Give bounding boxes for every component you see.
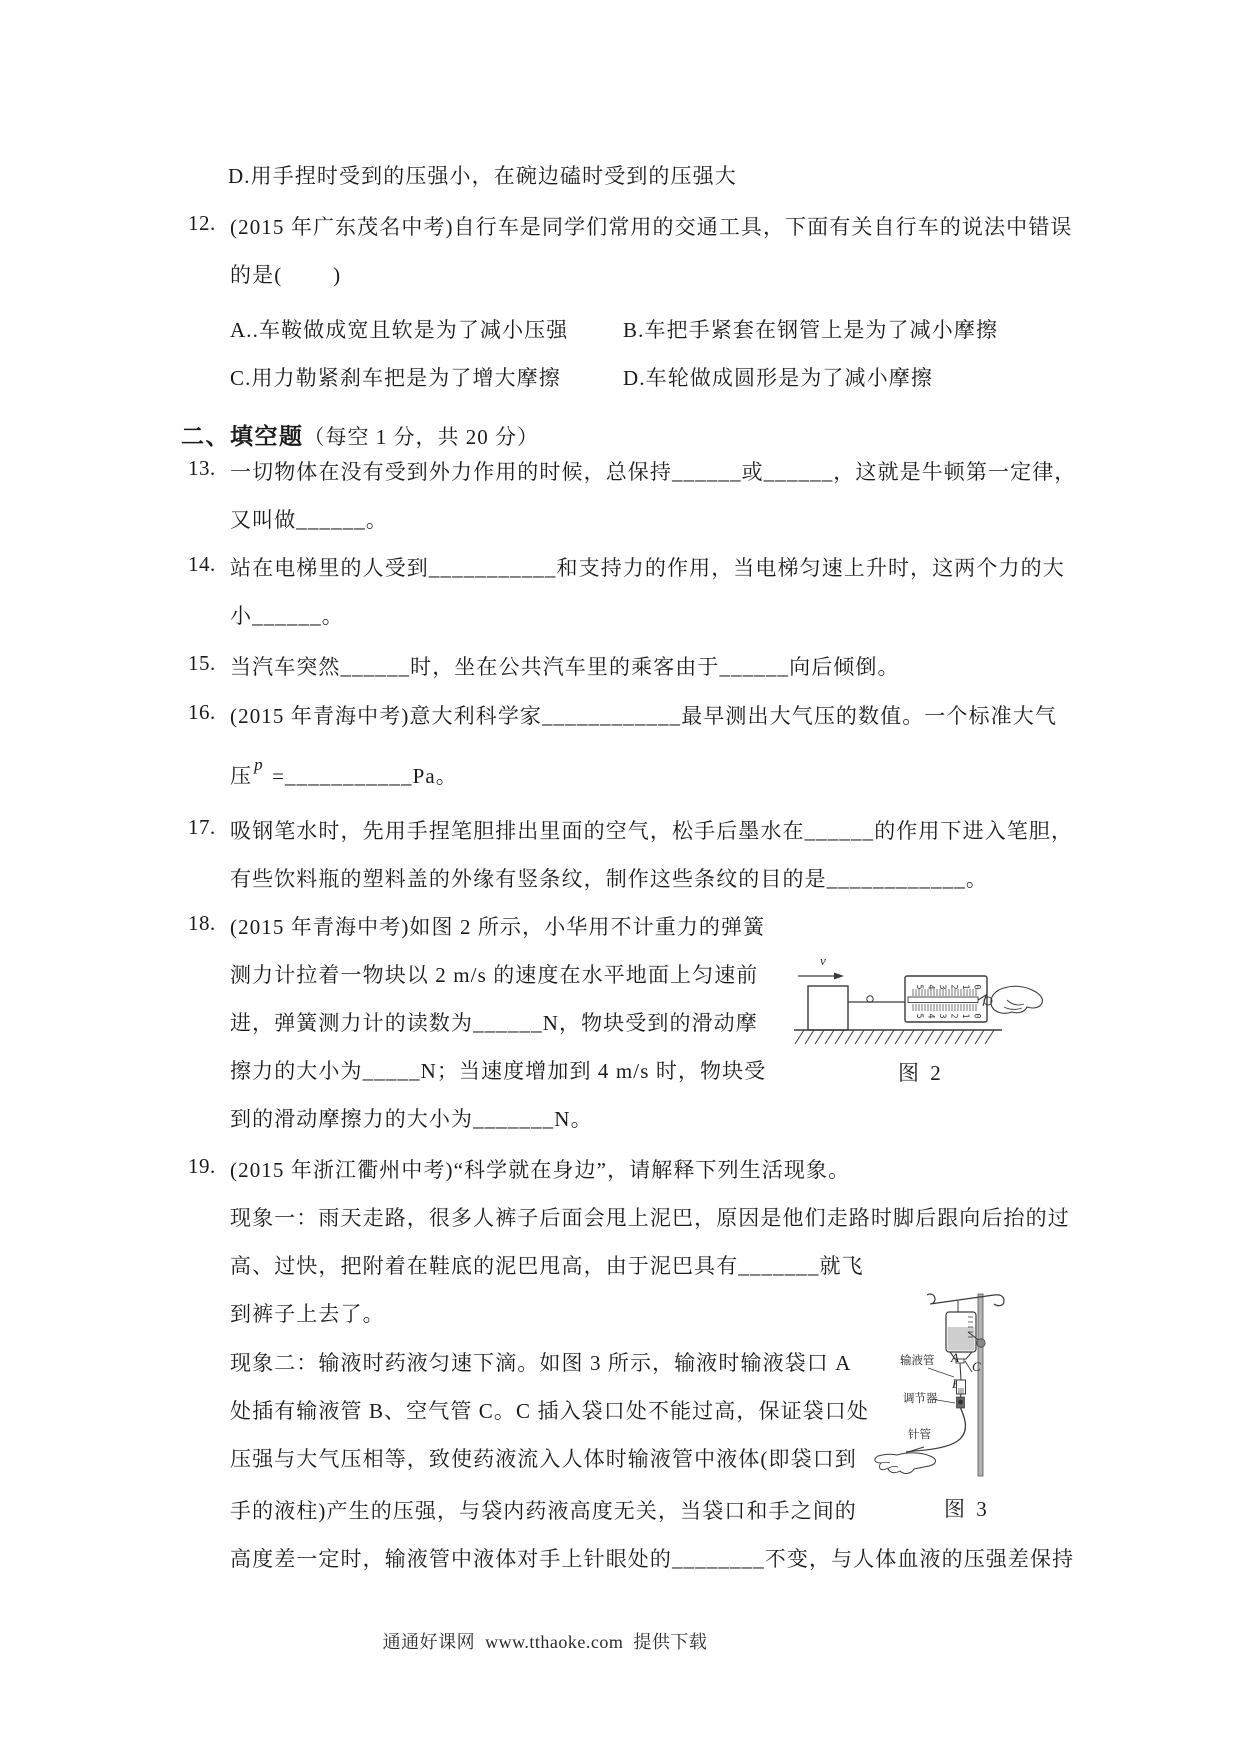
q14-number: 14. [188, 552, 216, 577]
svg-text:5: 5 [914, 1013, 924, 1018]
q16-line1: (2015 年青海中考)意大利科学家____________最早测出大气压的数值… [230, 700, 1057, 730]
svg-text:2: 2 [949, 984, 959, 989]
leader-line-tube [928, 1368, 954, 1377]
q18-line3: 进，弹簧测力计的读数为______N，物块受到的滑动摩 [230, 1007, 758, 1037]
q18-number: 18. [188, 911, 216, 936]
q18-line1: (2015 年青海中考)如图 2 所示，小华用不计重力的弹簧 [230, 911, 765, 941]
figure-3-iv-drip: A C B 输液管 调节器 针管 [868, 1280, 1028, 1490]
q16-line2: 压p =___________Pa。 [230, 760, 458, 790]
iv-hanger-icon [927, 1294, 1004, 1312]
svg-text:5: 5 [914, 984, 924, 989]
q19-phen2-line5: 高度差一定时，输液管中液体对手上针眼处的________不变，与人体血液的压强差… [230, 1543, 1074, 1573]
section-2-title: 二、填空题 [181, 423, 304, 449]
q16-number: 16. [188, 700, 216, 725]
q12-number: 12. [188, 211, 216, 236]
q16-line2-rest: =___________Pa。 [266, 764, 458, 788]
q17-number: 17. [188, 815, 216, 840]
iv-pole-icon [978, 1294, 983, 1476]
label-a: A [950, 1350, 959, 1365]
label-infusion-tube: 输液管 [900, 1353, 935, 1367]
exam-page: D.用手捏时受到的压强小，在碗边磕时受到的压强大 12. (2015 年广东茂名… [0, 0, 1240, 1754]
q19-phen2-line4: 手的液柱)产生的压强，与袋内药液高度无关，当袋口和手之间的 [230, 1495, 857, 1525]
q13-line2: 又叫做______。 [230, 504, 388, 534]
air-tube-icon [965, 1361, 972, 1372]
svg-text:0: 0 [972, 984, 982, 989]
q12-option-c: C.用力勒紧刹车把是为了增大摩擦 [230, 362, 561, 392]
q13-number: 13. [188, 456, 216, 481]
q12-option-b: B.车把手紧套在钢管上是为了减小摩擦 [623, 314, 998, 344]
q16-pressure-symbol: 压 [230, 764, 252, 788]
q18-line2: 测力计拉着一物块以 2 m/s 的速度在水平地面上匀速前 [230, 959, 758, 989]
section-2-subtitle: （每空 1 分，共 20 分） [304, 425, 540, 449]
label-c: C [972, 1359, 981, 1374]
q18-line4: 擦力的大小为_____N；当速度增加到 4 m/s 时，物块受 [230, 1055, 766, 1085]
ground-icon [794, 1030, 1002, 1044]
q17-line2: 有些饮料瓶的塑料盖的外缘有竖条纹，制作这些条纹的目的是____________。 [230, 863, 988, 893]
q19-phen1-line2: 高、过快，把附着在鞋底的泥巴甩高，由于泥巴具有_______就飞 [230, 1250, 864, 1280]
q19-phen2-line2: 处插有输液管 B、空气管 C。C 插入袋口处不能过高，保证袋口处 [230, 1395, 869, 1425]
ground-hatch [795, 1030, 994, 1044]
q15-number: 15. [188, 651, 216, 676]
svg-text:3: 3 [937, 984, 947, 989]
q19-phen1-line1: 现象一：雨天走路，很多人裤子后面会甩上泥巴，原因是他们走路时脚后跟向后抬的过 [230, 1202, 1070, 1232]
drip-liquid [958, 1388, 964, 1394]
q17-line1: 吸钢笔水时，先用手捏笔胆排出里面的空气，松手后墨水在______的作用下进入笔胆… [230, 815, 1073, 845]
q11-option-d: D.用手捏时受到的压强小，在碗边磕时受到的压强大 [228, 160, 737, 190]
figure-2-spring-scale: v 543210 543210 [790, 950, 1050, 1052]
q12-line2: 的是( ) [230, 259, 341, 289]
svg-text:2: 2 [949, 1013, 959, 1018]
velocity-label: v [820, 953, 826, 968]
svg-text:4: 4 [926, 984, 936, 989]
q19-line1: (2015 年浙江衢州中考)“科学就在身边”，请解释下列生活现象。 [230, 1154, 850, 1184]
velocity-arrow-icon [798, 973, 844, 980]
figure-2-caption: 图 2 [898, 1057, 944, 1087]
figure-3-caption: 图 3 [944, 1493, 990, 1523]
footer-watermark: 通通好课网 www.tthaoke.com 提供下载 [0, 1628, 1090, 1654]
q12-option-a: A..车鞍做成宽且软是为了减小压强 [230, 314, 568, 344]
q14-line2: 小______。 [230, 600, 344, 630]
svg-text:0: 0 [972, 1013, 982, 1018]
block-icon [808, 986, 848, 1030]
q13-line1: 一切物体在没有受到外力作用的时候，总保持______或______，这就是牛顿第… [230, 456, 1076, 486]
svg-text:1: 1 [960, 1013, 970, 1018]
svg-text:3: 3 [937, 1013, 947, 1018]
q19-phen1-line3: 到裤子上去了。 [230, 1298, 385, 1328]
label-regulator: 调节器 [903, 1391, 938, 1405]
rod-icon [848, 996, 910, 1002]
label-needle-tube: 针管 [908, 1427, 931, 1441]
svg-text:1: 1 [960, 984, 970, 989]
q15-line1: 当汽车突然______时，坐在公共汽车里的乘客由于______向后倾倒。 [230, 651, 900, 681]
q12-line1: (2015 年广东茂名中考)自行车是同学们常用的交通工具，下面有关自行车的说法中… [230, 211, 1072, 241]
patient-hand-icon [875, 1447, 936, 1473]
q19-number: 19. [188, 1154, 216, 1179]
q16-superscript-p: p [252, 755, 266, 774]
q12-option-d: D.车轮做成圆形是为了减小摩擦 [623, 362, 933, 392]
q18-line5: 到的滑动摩擦力的大小为_______N。 [230, 1103, 593, 1133]
svg-text:4: 4 [926, 1013, 936, 1018]
q19-phen2-line1: 现象二：输液时药液匀速下滴。如图 3 所示，输液时输液袋口 A [230, 1347, 852, 1377]
hand-icon [984, 986, 1042, 1013]
q14-line1: 站在电梯里的人受到___________和支持力的作用，当电梯匀速上升时，这两个… [230, 552, 1065, 582]
q19-phen2-line3: 压强与大气压相等，致使药液流入人体时输液管中液体(即袋口到 [230, 1443, 857, 1473]
spring-scale-icon: 543210 543210 [905, 976, 987, 1022]
